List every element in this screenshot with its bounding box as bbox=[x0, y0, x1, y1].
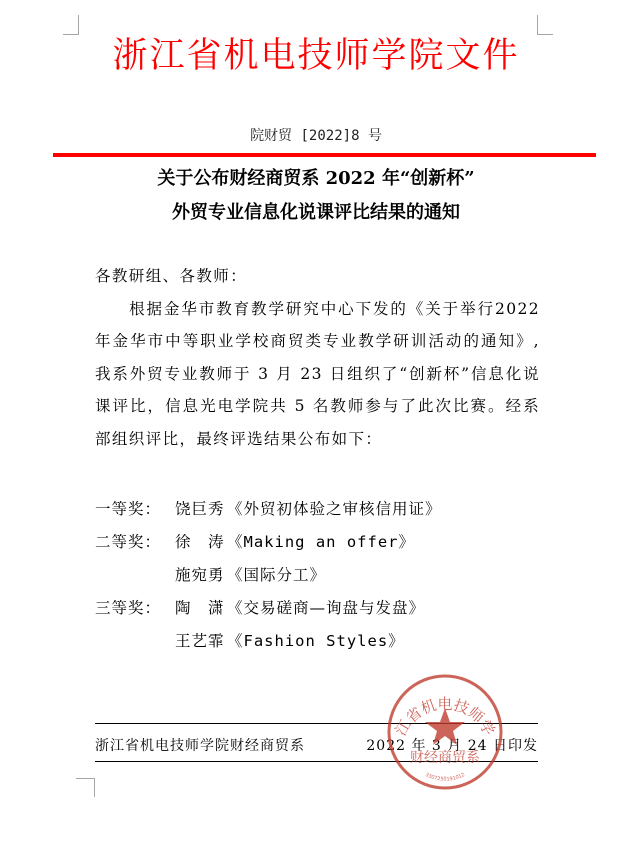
seal-serial: 3307250191012 bbox=[424, 772, 466, 783]
page-corner-mark-top-right bbox=[537, 15, 553, 35]
award-row: 三等奖： 陶 潇 《交易磋商—询盘与发盘》 bbox=[95, 592, 442, 625]
document-org-title: 浙江省机电技师学院文件 bbox=[0, 36, 632, 76]
document-number: 院财贸 [2022]8 号 bbox=[0, 125, 632, 145]
award-row: 二等奖： 徐 涛 《Making an offer》 bbox=[95, 526, 442, 559]
page-corner-mark-bottom-left bbox=[76, 778, 95, 797]
body-paragraph: 根据金华市教育教学研究中心下发的《关于举行2022 年金华市中等职业学校商贸类专… bbox=[95, 293, 540, 456]
award-winner: 饶巨秀 bbox=[175, 493, 227, 526]
red-header-divider bbox=[53, 153, 596, 157]
award-level: 三等奖： bbox=[95, 592, 175, 625]
award-work: 《Making an offer》 bbox=[227, 526, 415, 559]
footer-issuer: 浙江省机电技师学院财经商贸系 bbox=[95, 735, 305, 755]
page-corner-mark-top-left bbox=[63, 15, 79, 35]
award-work: 《交易磋商—询盘与发盘》 bbox=[227, 592, 425, 625]
award-work: 《国际分工》 bbox=[227, 559, 326, 592]
award-level bbox=[95, 625, 175, 658]
award-row: 王艺霏 《Fashion Styles》 bbox=[95, 625, 442, 658]
award-winner: 王艺霏 bbox=[175, 625, 227, 658]
award-winner: 陶 潇 bbox=[175, 592, 227, 625]
official-seal-stamp: 浙江省机电技师学院 财经商贸系 3307250191012 bbox=[385, 672, 505, 792]
award-level: 一等奖： bbox=[95, 493, 175, 526]
award-level bbox=[95, 559, 175, 592]
award-work: 《外贸初体验之审核信用证》 bbox=[227, 493, 442, 526]
notice-title: 关于公布财经商贸系 2022 年“创新杯” 外贸专业信息化说课评比结果的通知 bbox=[0, 162, 632, 230]
award-winner: 徐 涛 bbox=[175, 526, 227, 559]
award-row: 一等奖： 饶巨秀 《外贸初体验之审核信用证》 bbox=[95, 493, 442, 526]
notice-title-line-2: 外贸专业信息化说课评比结果的通知 bbox=[0, 196, 632, 230]
award-winner: 施宛勇 bbox=[175, 559, 227, 592]
award-level: 二等奖： bbox=[95, 526, 175, 559]
salutation: 各教研组、各教师： bbox=[95, 260, 540, 293]
award-list: 一等奖： 饶巨秀 《外贸初体验之审核信用证》 二等奖： 徐 涛 《Making … bbox=[95, 493, 442, 658]
award-row: 施宛勇 《国际分工》 bbox=[95, 559, 442, 592]
seal-bottom-text: 财经商贸系 bbox=[410, 749, 480, 766]
notice-title-line-1: 关于公布财经商贸系 2022 年“创新杯” bbox=[0, 162, 632, 196]
notice-body: 各教研组、各教师： 根据金华市教育教学研究中心下发的《关于举行2022 年金华市… bbox=[95, 260, 540, 455]
award-work: 《Fashion Styles》 bbox=[227, 625, 405, 658]
